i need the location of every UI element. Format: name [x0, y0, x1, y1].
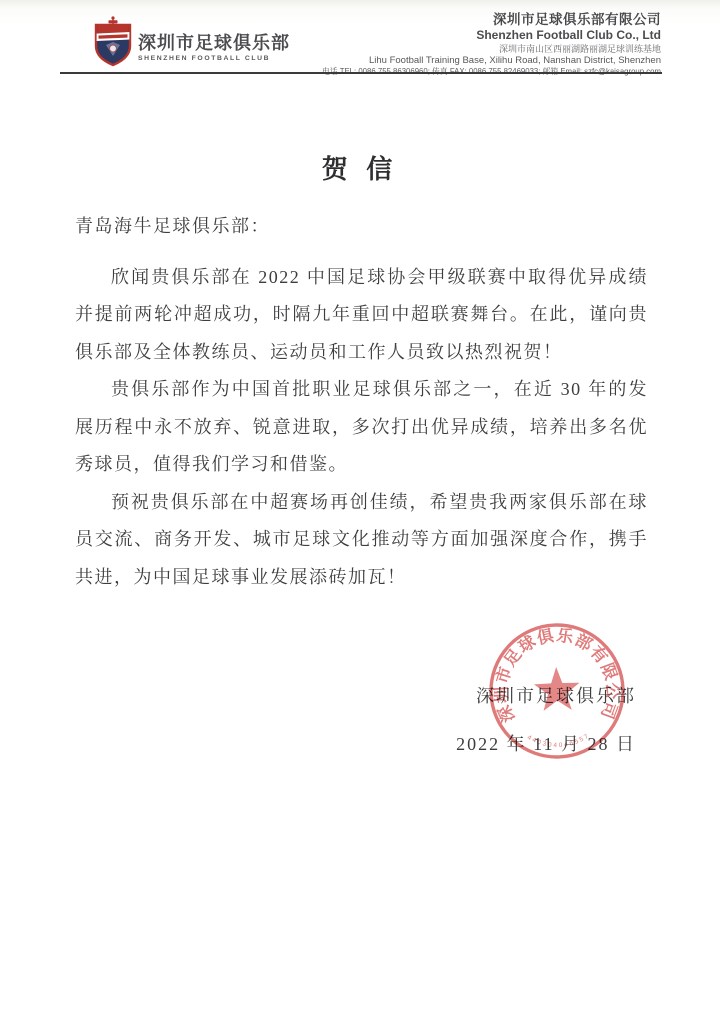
company-name-cn: 深圳市足球俱乐部有限公司 [322, 11, 661, 28]
company-name-en: Shenzhen Football Club Co., Ltd [322, 28, 661, 43]
seal-star-icon [533, 666, 580, 711]
letter-page: 深圳市足球俱乐部 SHENZHEN FOOTBALL CLUB 深圳市足球俱乐部… [0, 0, 720, 1018]
club-name-en: SHENZHEN FOOTBALL CLUB [138, 55, 290, 62]
letter-body: 青岛海牛足球俱乐部： 欣闻贵俱乐部在 2022 中国足球协会甲级联赛中取得优异成… [75, 208, 648, 596]
paragraph-3: 预祝贵俱乐部在中超赛场再创佳绩，希望贵我两家俱乐部在球员交流、商务开发、城市足球… [75, 484, 648, 597]
seal-serial-number: 440304046557 [526, 732, 592, 750]
letterhead-right: 深圳市足球俱乐部有限公司 Shenzhen Football Club Co.,… [322, 11, 661, 77]
letter-title: 贺 信 [0, 149, 720, 186]
salutation: 青岛海牛足球俱乐部： [75, 208, 648, 246]
shenzhen-fc-crest-icon [92, 15, 134, 67]
address-cn: 深圳市南山区西丽湖路丽湖足球训练基地 [322, 44, 661, 55]
club-name-cn: 深圳市足球俱乐部 [138, 33, 290, 53]
company-seal-stamp: 深圳市足球俱乐部有限公司 440304046557 [485, 619, 630, 764]
paragraph-1: 欣闻贵俱乐部在 2022 中国足球协会甲级联赛中取得优异成绩并提前两轮冲超成功，… [75, 259, 648, 372]
paragraph-2: 贵俱乐部作为中国首批职业足球俱乐部之一，在近 30 年的发展历程中永不放弃、锐意… [75, 371, 648, 484]
svg-text:440304046557: 440304046557 [526, 732, 592, 750]
letterhead-left: 深圳市足球俱乐部 SHENZHEN FOOTBALL CLUB [138, 33, 290, 62]
address-en: Lihu Football Training Base, Xilihu Road… [322, 55, 661, 66]
letterhead-divider [60, 72, 662, 74]
